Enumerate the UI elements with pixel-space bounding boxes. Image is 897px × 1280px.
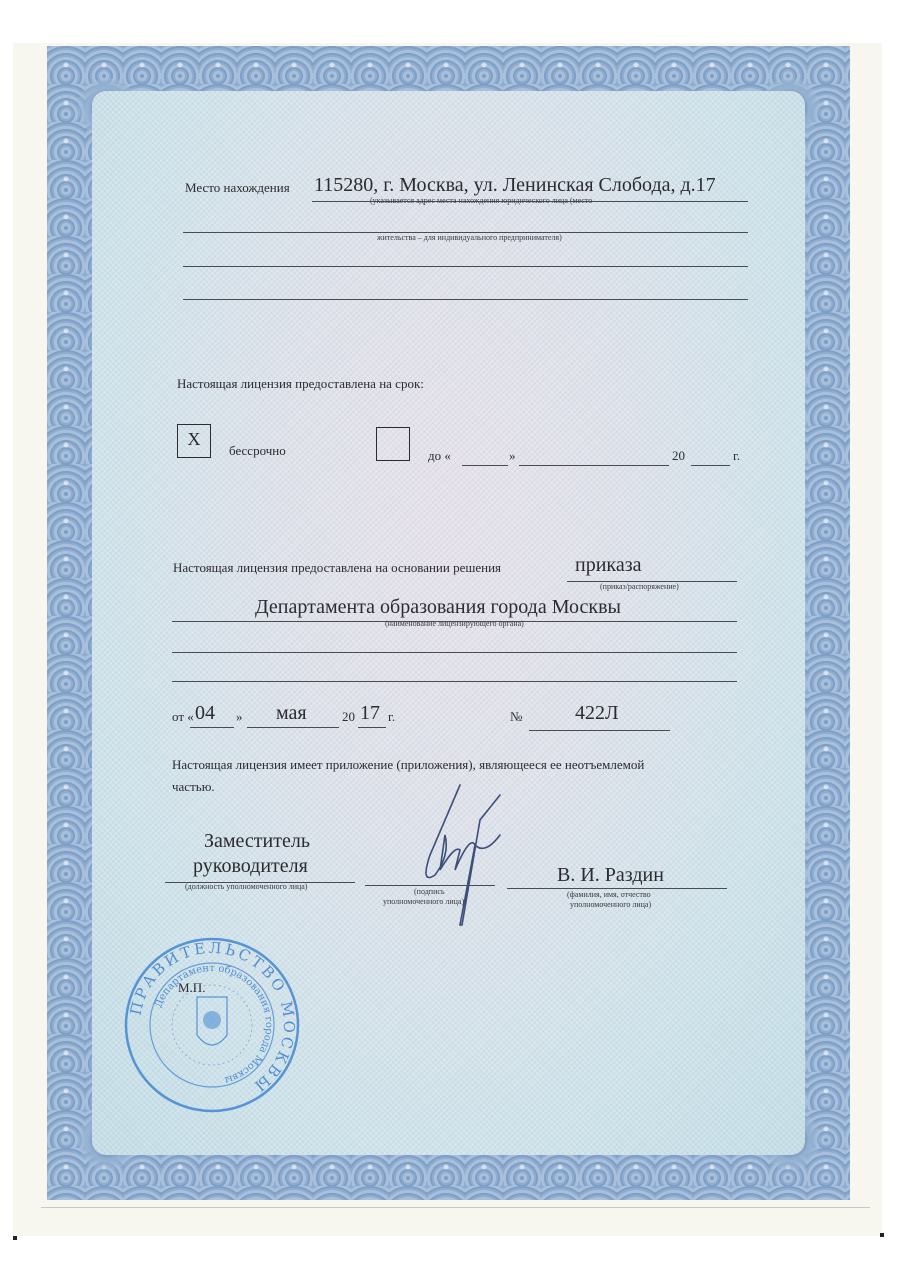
official-stamp: ПРАВИТЕЛЬСТВО МОСКВЫ Департамент образов… <box>122 935 302 1115</box>
appendix-text-1: Настоящая лицензия имеет приложение (при… <box>172 757 644 773</box>
location-hint-2: жительства – для индивидуального предпри… <box>377 233 562 242</box>
until-year-line <box>691 465 730 466</box>
signatory-position-2: руководителя <box>193 855 308 878</box>
location-line-4 <box>183 299 748 300</box>
location-hint-1: (указывается адрес места нахождения юрид… <box>370 196 592 205</box>
date-year-line <box>358 727 386 728</box>
location-label: Место нахождения <box>185 180 290 196</box>
until-prefix: до « <box>428 448 451 464</box>
mp-label: М.П. <box>178 980 205 996</box>
checkbox-indefinite[interactable]: X <box>177 424 211 458</box>
scan-corner-mark <box>13 1236 17 1240</box>
scan-corner-mark <box>880 1233 884 1237</box>
basis-label: Настоящая лицензия предоставлена на осно… <box>173 560 501 576</box>
paper-edge-line <box>41 1207 870 1208</box>
checkbox-until-date[interactable] <box>376 427 410 461</box>
until-year-suffix: г. <box>733 448 740 464</box>
license-number-line <box>529 730 670 731</box>
until-year-prefix: 20 <box>672 448 685 464</box>
date-year: 17 <box>360 702 380 725</box>
date-year-prefix: 20 <box>342 709 355 725</box>
number-label: № <box>510 709 522 725</box>
license-number: 422Л <box>575 702 619 725</box>
authority-name: Департамента образования города Москвы <box>255 596 621 619</box>
basis-line-3 <box>172 652 737 653</box>
date-year-suffix: г. <box>388 709 395 725</box>
indefinite-label: бессрочно <box>229 443 286 459</box>
signatory-position-1: Заместитель <box>204 830 310 853</box>
date-month-line <box>247 727 339 728</box>
date-prefix: от « <box>172 709 194 725</box>
position-hint: (должность уполномоченного лица) <box>185 882 307 891</box>
handwritten-signature <box>400 775 510 935</box>
until-day-line <box>462 465 508 466</box>
term-label: Настоящая лицензия предоставлена на срок… <box>177 376 424 392</box>
name-hint-2: уполномоченного лица) <box>570 900 651 909</box>
date-day: 04 <box>195 702 215 725</box>
location-value: 115280, г. Москва, ул. Ленинская Слобода… <box>314 174 716 197</box>
location-line-3 <box>183 266 748 267</box>
name-hint-1: (фамилия, имя, отчество <box>567 890 651 899</box>
signatory-name: В. И. Раздин <box>557 864 664 887</box>
appendix-text-2: частью. <box>172 779 215 795</box>
date-quote-close: » <box>236 709 243 725</box>
name-line <box>507 888 727 889</box>
basis-line-4 <box>172 681 737 682</box>
decision-type: приказа <box>575 554 641 577</box>
date-month: мая <box>276 702 307 725</box>
until-quote-close: » <box>509 448 516 464</box>
until-month-line <box>519 465 669 466</box>
decision-type-hint: (приказ/распоряжение) <box>600 582 679 591</box>
authority-hint: (наименование лицензирующего органа) <box>385 619 524 628</box>
date-day-line <box>190 727 234 728</box>
